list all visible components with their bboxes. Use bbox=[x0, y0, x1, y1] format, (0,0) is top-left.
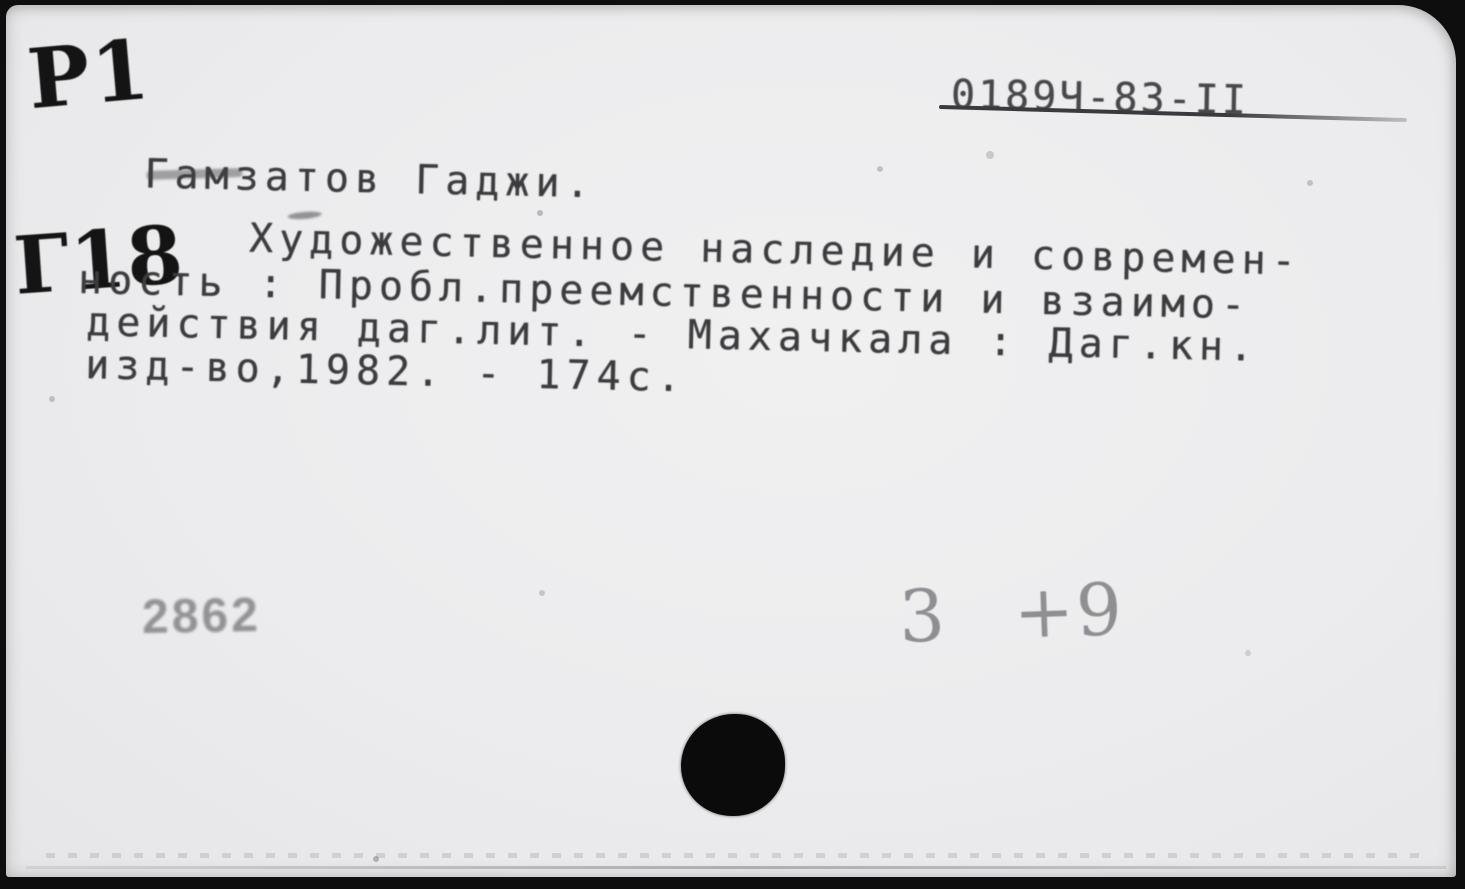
author-heading: Гамзатов Гаджи. bbox=[144, 152, 596, 206]
accession-number-stamp: 2862 bbox=[142, 588, 262, 645]
catalog-card-scan: Р1 Г18 0189Ч-83-II Гамзатов Гаджи. Худож… bbox=[0, 0, 1465, 889]
hole-punch bbox=[681, 714, 785, 816]
pencil-note: 3 +9 bbox=[898, 567, 1126, 659]
scan-noise-specks bbox=[6, 5, 10, 9]
bibliographic-entry: Гамзатов Гаджи. Художественное наследие … bbox=[75, 151, 1421, 450]
catalog-card: Р1 Г18 0189Ч-83-II Гамзатов Гаджи. Худож… bbox=[6, 5, 1456, 877]
card-wear-marks bbox=[46, 853, 1426, 858]
card-edge-shadow-line bbox=[26, 866, 1446, 869]
call-number-class: Р1 bbox=[24, 22, 155, 128]
